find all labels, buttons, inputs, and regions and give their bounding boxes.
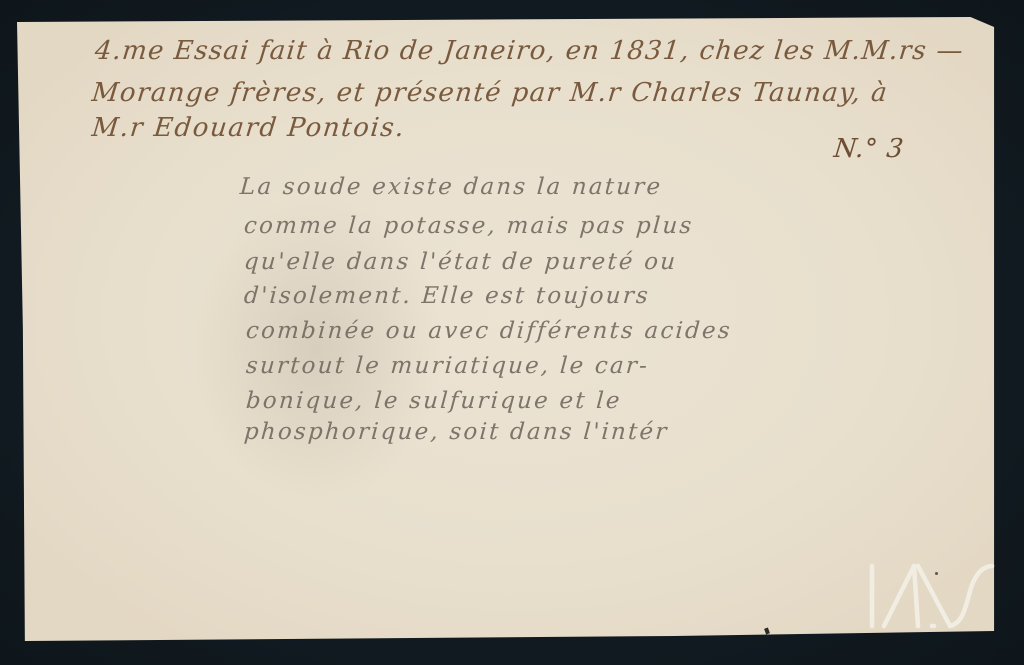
body-line-3: qu'elle dans l'état de pureté ou [243, 249, 678, 275]
document-number: N.° 3 [832, 134, 905, 164]
header-line-2: Morange frères, et présenté par M.r Char… [90, 78, 889, 108]
header-line-3: M.r Edouard Pontois. [90, 113, 406, 143]
body-line-7: bonique, le sulfurique et le [245, 388, 622, 414]
body-line-4: d'isolement. Elle est toujours [243, 283, 651, 309]
body-line-5: combinée ou avec différents acides [245, 318, 733, 344]
body-line-8: phosphorique, soit dans l'intér [243, 419, 669, 445]
body-line-1: La soude existe dans la nature [239, 174, 663, 200]
ims-watermark-logo [868, 562, 998, 632]
body-line-2: comme la potasse, mais pas plus [243, 213, 694, 239]
header-line-1: 4.me Essai fait à Rio de Janeiro, en 183… [93, 36, 965, 66]
body-line-6: surtout le muriatique, le car- [245, 353, 650, 379]
